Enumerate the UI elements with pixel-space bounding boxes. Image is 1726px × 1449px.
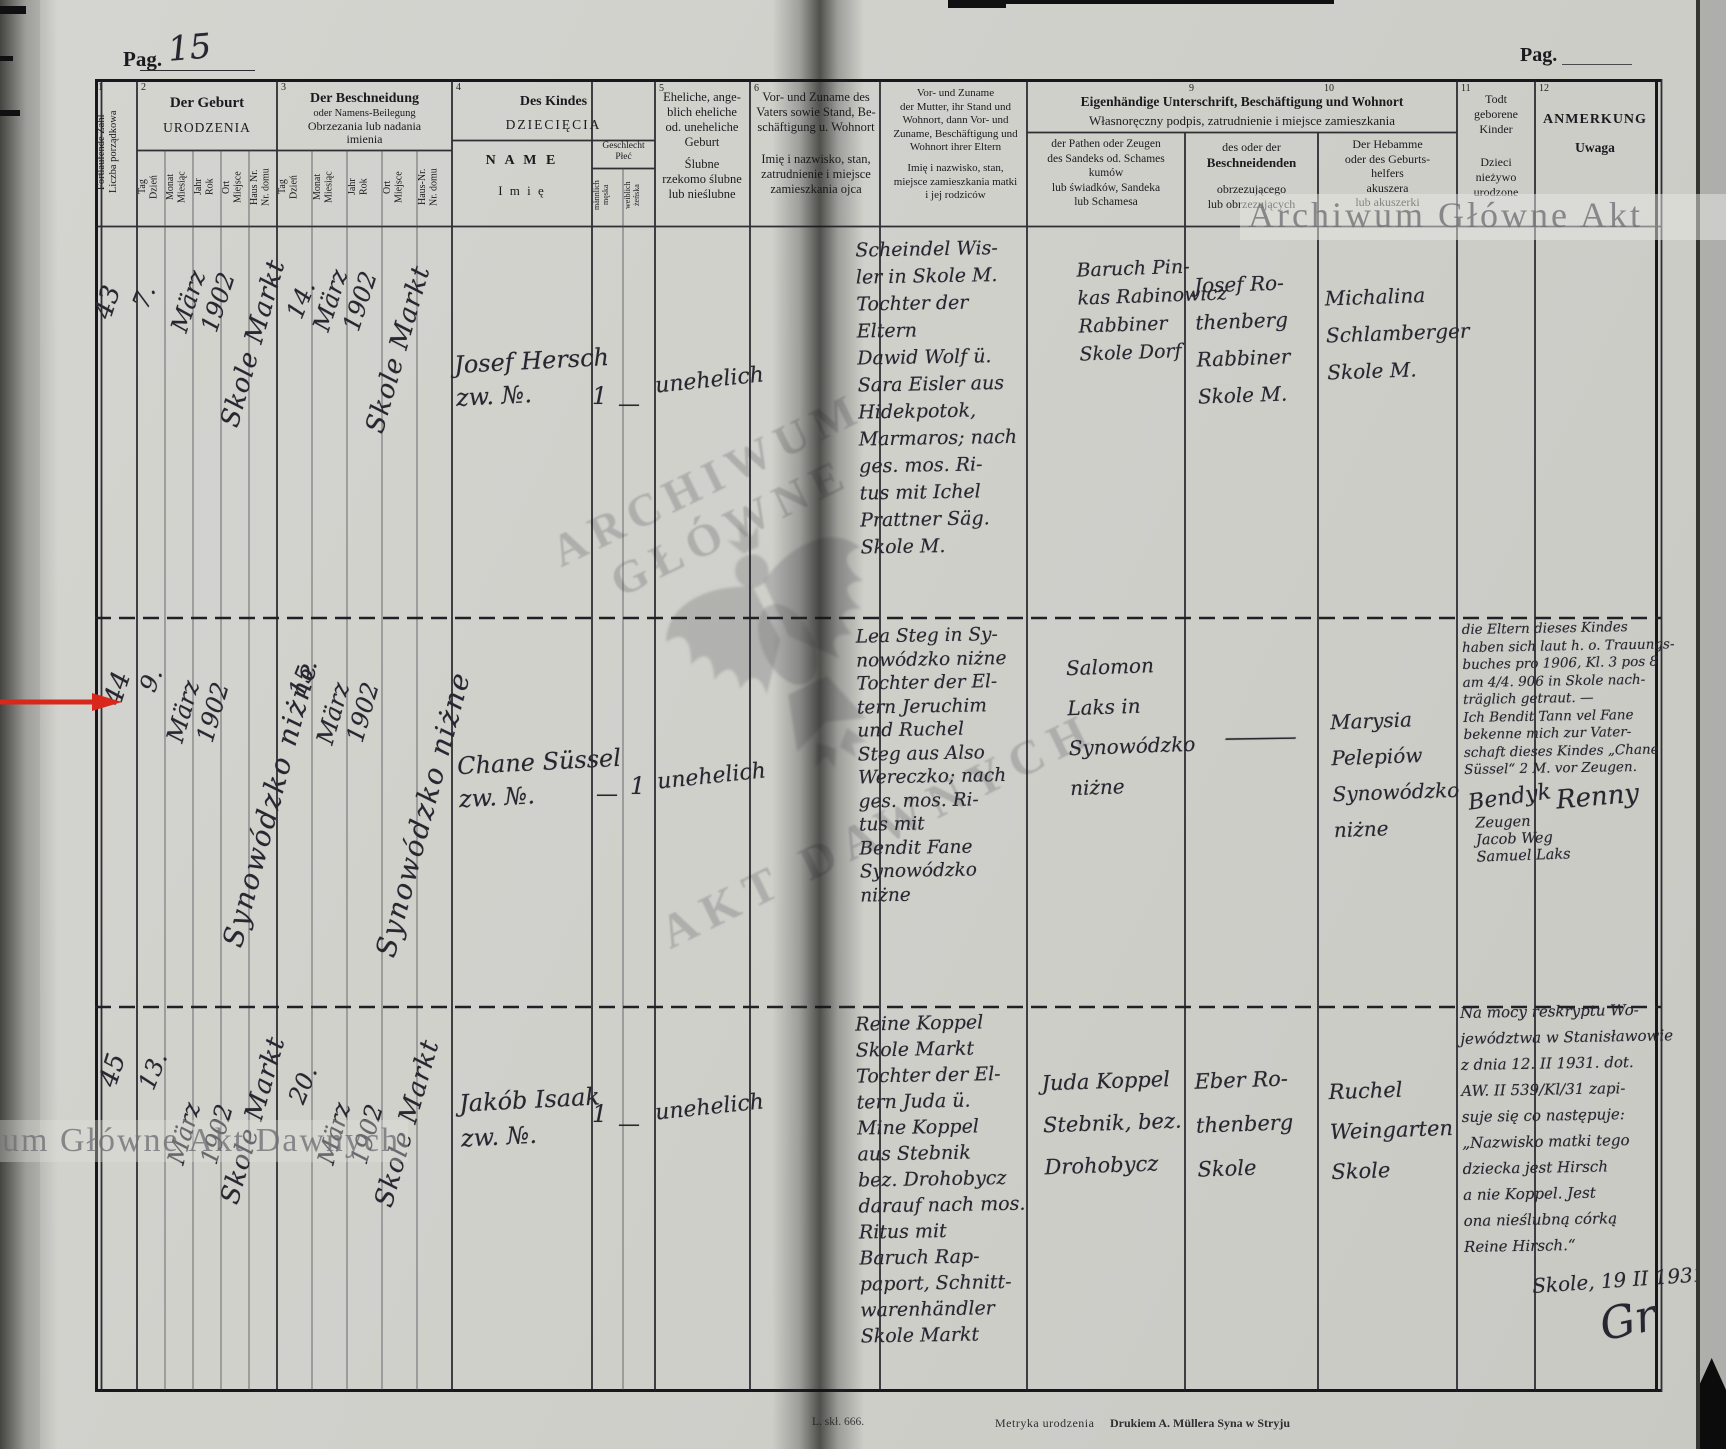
row3-sex-female: — xyxy=(618,1112,640,1137)
page-number-underline-left xyxy=(140,70,255,71)
header-col5-pl: Ślubne rzekomo ślubne lub nieślubne xyxy=(652,157,752,202)
row2-midwife: Marysia Pelepiów Synowódzko niżne xyxy=(1330,700,1462,848)
col-number-10: 10 xyxy=(1324,83,1334,94)
header-col9-line1: des oder der xyxy=(1185,140,1318,155)
red-arrow-annotation xyxy=(0,690,128,714)
col-number-2: 2 xyxy=(141,82,146,93)
edge-mark xyxy=(0,56,13,61)
row3-child-name: Jakób Isaak zw. №. xyxy=(458,1079,602,1156)
header-sex-female: weiblich żeńska xyxy=(623,170,655,220)
top-edge-line xyxy=(998,0,1334,4)
header-circ-day: Tag Dzień xyxy=(277,154,312,220)
row3-mother: Reine Koppel Skole Markt Tochter der El-… xyxy=(855,1008,1039,1349)
row2-sex-male: — xyxy=(596,782,618,807)
row1-sex-female: — xyxy=(618,392,640,417)
register-scan: ARCHIWUM GŁÓWNE AKT DAWNYCH Pag. 15 Pag.… xyxy=(0,0,1726,1449)
header-birth-house: Haus Nr. Nr. domu xyxy=(249,154,277,220)
col-number-4: 4 xyxy=(456,82,461,93)
header-birth-year: Jahr Rok xyxy=(193,154,221,220)
header-col3-title-de: Der Beschneidung xyxy=(277,91,452,107)
page-label-right: Pag. xyxy=(1520,44,1557,67)
row2-mother: Lea Steg in Sy- nowódzko niżne Tochter d… xyxy=(856,622,1039,907)
header-circ-year: Jahr Rok xyxy=(347,154,382,220)
header-birth-month: Monat Miesiąc xyxy=(165,154,193,220)
header-circ-month: Monat Miesiąc xyxy=(312,154,347,220)
row2-remark: die Eltern dieses Kindes haben sich laut… xyxy=(1462,618,1695,779)
book-fold-shadow xyxy=(772,0,864,1449)
row3-circumciser: Eber Ro- thenberg Skole xyxy=(1194,1056,1296,1191)
row2-sex-female: 1 xyxy=(630,772,645,800)
row1-circumciser: Josef Ro- thenberg Rabbiner Skole M. xyxy=(1193,264,1292,415)
header-sex-male: männlich męska xyxy=(592,170,623,220)
col-number-12: 12 xyxy=(1539,83,1549,94)
header-col3-title-pl: Obrzezania lub nadania imienia xyxy=(277,120,452,146)
watermark-top-right: Archiwum Główne Akt xyxy=(1240,194,1726,240)
header-col12-remark-pl: Uwaga xyxy=(1535,140,1655,156)
watermark-bottom-left: um Główne Akt Dawnych xyxy=(0,1120,408,1162)
header-birth-place: Ort Miejsce xyxy=(221,154,249,220)
page-label-left: Pag. xyxy=(123,47,162,72)
footer-form-title: Metryka urodzenia xyxy=(995,1416,1094,1431)
header-col4-title-de: Des Kindes xyxy=(452,94,655,110)
row3-midwife: Ruchel Weingarten Skole xyxy=(1328,1068,1455,1192)
header-col4-title-pl: DZIECIĘCIA xyxy=(452,117,655,133)
footer-printer: Drukiem A. Müllera Syna w Stryju xyxy=(1110,1416,1290,1431)
header-name-label-pl: I m i ę xyxy=(452,183,592,199)
row1-child-name: Josef Hersch zw. №. xyxy=(453,341,611,415)
row1-midwife: Michalina Schlamberger Skole M. xyxy=(1324,276,1471,392)
header-col11-stillborn-de: Todt geborene Kinder xyxy=(1457,92,1535,137)
header-col7-mother-pl: Imię i nazwisko, stan, miejsce zamieszka… xyxy=(882,162,1029,203)
header-col3-subtitle: oder Namens-Beilegung xyxy=(277,108,452,119)
row3-remark: Na mocy reskryptu Wo- jewództwa w Stanis… xyxy=(1460,996,1695,1260)
header-col12-remark-de: ANMERKUNG xyxy=(1535,112,1655,128)
header-col7-mother-de: Vor- und Zuname der Mutter, ihr Stand un… xyxy=(882,87,1029,155)
header-sex-title: Geschlecht Płeć xyxy=(592,141,655,163)
header-name-label-de: N A M E xyxy=(452,153,592,169)
row1-mother: Scheindel Wis- ler in Skole M. Tochter d… xyxy=(855,234,1036,561)
left-scan-edge xyxy=(0,0,58,1449)
header-group-title-de: Eigenhändige Unterschrift, Beschäftigung… xyxy=(1027,94,1457,110)
header-col5-de: Eheliche, ange- blich eheliche od. unehe… xyxy=(652,90,752,150)
row2-witnesses: Salomon Laks in Synowódzko niżne xyxy=(1065,644,1197,808)
header-col9-line2: Beschneidenden xyxy=(1185,155,1318,171)
header-col2-title-pl: URODZENIA xyxy=(137,120,277,136)
header-circ-house: Haus-Nr. Nr. domu xyxy=(417,154,452,220)
edge-mark xyxy=(0,110,20,116)
header-col2-title-de: Der Geburt xyxy=(137,95,277,112)
handwritten-page-number: 15 xyxy=(166,26,213,70)
row3-witnesses: Juda Koppel Stebnik, bez. Drohobycz xyxy=(1041,1058,1184,1189)
header-group-title-pl: Własnoręczny podpis, zatrudnienie i miej… xyxy=(1027,113,1457,129)
header-birth-day: Tag Dzień xyxy=(137,154,165,220)
header-col1-serial: Fortlaufende Zahl Liczba porządkowa xyxy=(96,86,136,218)
page-number-underline-right xyxy=(1562,64,1632,65)
row1-sex-male: 1 xyxy=(592,382,607,410)
row2-circumciser-dash: — xyxy=(1220,725,1301,751)
header-col8-witnesses: der Pathen oder Zeugen des Sandeks od. S… xyxy=(1027,137,1185,210)
red-arrow-head xyxy=(92,693,122,711)
header-circ-place: Ort Miejsce xyxy=(382,154,417,220)
row2-remark-witness-signatures: Zeugen Jacob Weg Samuel Laks xyxy=(1475,812,1571,866)
row3-sex-male: 1 xyxy=(592,1100,607,1128)
edge-mark xyxy=(0,6,26,14)
col-number-9: 9 xyxy=(1189,83,1194,94)
